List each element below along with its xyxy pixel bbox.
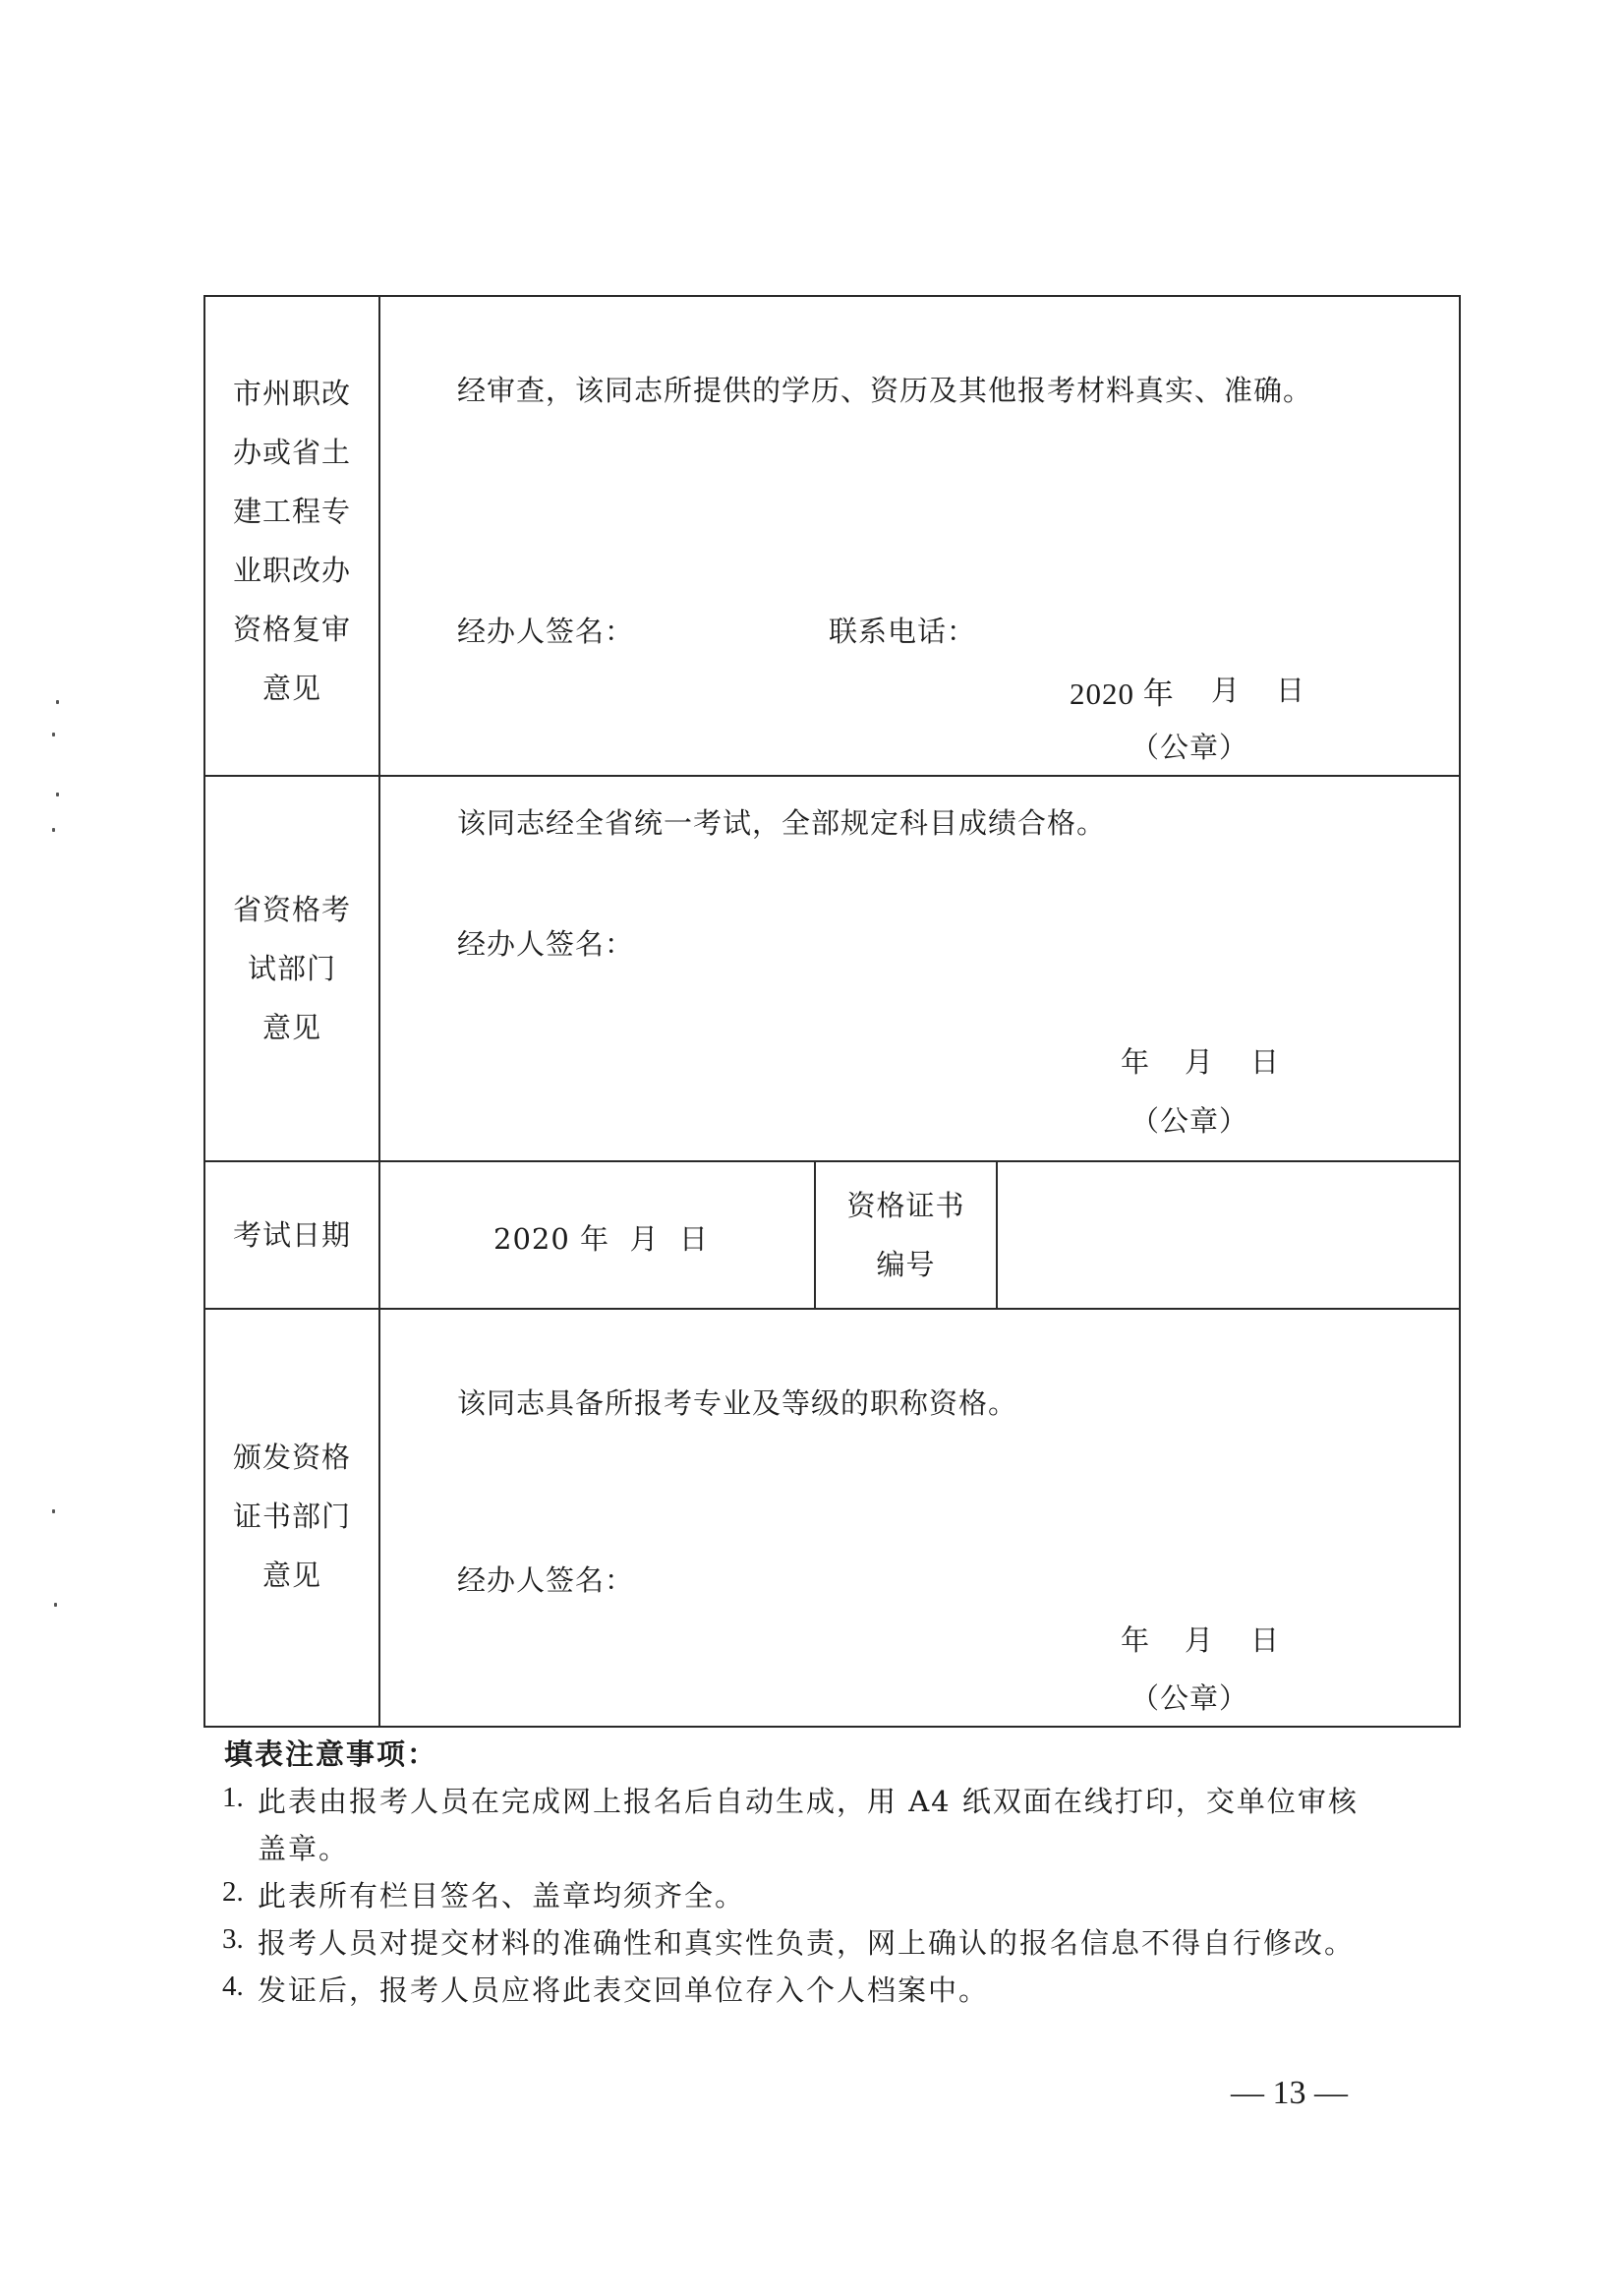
row1-label-line: 市州职改 xyxy=(205,364,378,423)
row1-date-year: 2020 年 xyxy=(1070,669,1175,713)
row1-statement: 经审查，该同志所提供的学历、资历及其他报考材料真实、准确。 xyxy=(457,369,1312,409)
row1-label-line: 意见 xyxy=(205,659,378,718)
row1-label-line: 业职改办 xyxy=(205,541,378,600)
row2-date-month: 月 xyxy=(1185,1040,1214,1081)
scan-mark xyxy=(56,793,59,796)
row2-label: 省资格考 试部门 意见 xyxy=(205,880,378,1057)
exam-date-value: 2020 年 月 日 xyxy=(493,1217,709,1258)
row4-seal: （公章） xyxy=(1130,1677,1248,1717)
table-bottom-border xyxy=(203,1726,1461,1728)
note-number: 1. xyxy=(222,1782,244,1814)
row2-label-line: 试部门 xyxy=(205,939,378,998)
row1-date-month: 月 xyxy=(1211,669,1241,709)
row1-label-line: 资格复审 xyxy=(205,600,378,659)
row4-label-line: 颁发资格 xyxy=(205,1428,378,1487)
row2-label-line: 意见 xyxy=(205,998,378,1057)
row1-bottom-border xyxy=(203,775,1461,777)
row2-label-line: 省资格考 xyxy=(205,880,378,939)
table-top-border xyxy=(203,295,1461,297)
row4-date-day: 日 xyxy=(1250,1619,1280,1659)
row2-bottom-border xyxy=(203,1160,1461,1162)
scan-mark xyxy=(52,1509,55,1513)
row1-label-line: 办或省土 xyxy=(205,423,378,482)
exam-date-label: 考试日期 xyxy=(205,1206,378,1265)
row4-label: 颁发资格 证书部门 意见 xyxy=(205,1428,378,1605)
scan-mark xyxy=(56,700,59,704)
row1-label: 市州职改 办或省土 建工程专 业职改办 资格复审 意见 xyxy=(205,364,378,718)
cert-no-value xyxy=(1003,1180,1455,1298)
cert-no-label-line: 资格证书 xyxy=(816,1176,996,1235)
row4-signer-label: 经办人签名： xyxy=(457,1559,634,1599)
note-number: 2. xyxy=(222,1876,244,1909)
scan-mark xyxy=(52,733,55,736)
row2-date-day: 日 xyxy=(1250,1040,1280,1081)
note-text: 此表所有栏目签名、盖章均须齐全。 xyxy=(258,1874,745,1914)
note-text: 发证后，报考人员应将此表交回单位存入个人档案中。 xyxy=(258,1969,989,2009)
note-text: 此表由报考人员在完成网上报名后自动生成，用 A4 纸双面在线打印，交单位审核 xyxy=(258,1780,1359,1820)
row2-seal: （公章） xyxy=(1130,1099,1248,1140)
notes-title: 填表注意事项： xyxy=(224,1733,437,1773)
row1-seal: （公章） xyxy=(1130,726,1248,766)
row1-label-line: 建工程专 xyxy=(205,482,378,541)
row4-date-year: 年 xyxy=(1121,1619,1150,1659)
row4-label-line: 证书部门 xyxy=(205,1487,378,1546)
cert-no-divider xyxy=(996,1160,998,1309)
scan-mark xyxy=(52,828,55,832)
row1-phone-label: 联系电话： xyxy=(829,610,976,650)
page-number: — 13 — xyxy=(1231,2075,1348,2112)
row1-signer-label: 经办人签名： xyxy=(457,610,634,650)
table-right-border xyxy=(1459,295,1461,1728)
row3-bottom-border xyxy=(203,1308,1461,1310)
row4-date-month: 月 xyxy=(1185,1619,1214,1659)
row2-date-year: 年 xyxy=(1121,1040,1150,1081)
cert-no-label: 资格证书 编号 xyxy=(816,1176,996,1294)
row4-label-line: 意见 xyxy=(205,1546,378,1605)
row4-statement: 该同志具备所报考专业及等级的职称资格。 xyxy=(457,1382,1017,1422)
row2-signer-label: 经办人签名： xyxy=(457,922,634,963)
note-number: 3. xyxy=(222,1923,244,1956)
cert-no-label-line: 编号 xyxy=(816,1235,996,1294)
scan-mark xyxy=(54,1603,57,1607)
label-column-divider xyxy=(378,295,380,1728)
note-number: 4. xyxy=(222,1971,244,2003)
row1-date-day: 日 xyxy=(1276,669,1305,709)
note-text: 报考人员对提交材料的准确性和真实性负责，网上确认的报名信息不得自行修改。 xyxy=(258,1921,1355,1962)
note-text: 盖章。 xyxy=(258,1827,349,1867)
row2-statement: 该同志经全省统一考试，全部规定科目成绩合格。 xyxy=(457,801,1106,842)
